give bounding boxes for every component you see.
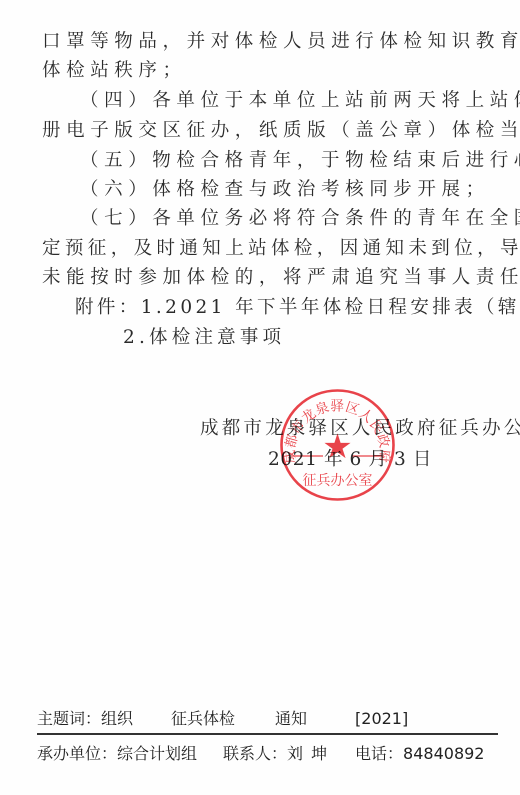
subject-term-4: [2021] (355, 709, 408, 729)
subject-term-1: 组织 (101, 709, 171, 729)
stamp-star-icon: ★ (322, 427, 352, 467)
body-line-1: 口罩等物品，并对体检人员进行体检知识教育，自觉维护好 (42, 30, 520, 54)
subject-term-3: 通知 (275, 709, 355, 729)
undertaker-value: 综合计划组 (117, 744, 223, 764)
body-item-5: （五）物检合格青年，于物检结束后进行心理检测； (80, 149, 520, 173)
attachments: 附件：1.2021 年下半年体检日程安排表（辖区高校） (75, 296, 520, 320)
attachment-item-1: 1.2021 年下半年体检日程安排表（辖区高校） (141, 297, 520, 318)
undertaker-label: 承办单位： (37, 744, 117, 764)
footer-subject-row: 主题词：组织征兵体检通知[2021] (37, 709, 408, 729)
document-page: 口罩等物品，并对体检人员进行体检知识教育，自觉维护好 体检站秩序； （四）各单位… (0, 0, 520, 795)
contact-value: 刘 坤 (287, 744, 355, 764)
phone-label: 电话： (355, 744, 403, 764)
body-line-4: 册电子版交区征办，纸质版（盖公章）体检当日上报； (42, 119, 520, 143)
attachment-item-2: 2.体检注意事项 (123, 326, 285, 350)
stamp-bottom-text: 征兵办公室 (303, 472, 373, 489)
official-seal-stamp: 成都市龙泉驿区人民政府 ★ 征兵办公室 (279, 388, 396, 502)
body-item-7: （七）各单位务必将符合条件的青年在全国征兵网上确 (80, 207, 520, 231)
body-item-6: （六）体格检查与政治考核同步开展； (80, 178, 490, 202)
contact-label: 联系人： (223, 744, 287, 764)
body-line-2: 体检站秩序； (42, 59, 187, 83)
body-line-9: 未能按时参加体检的，将严肃追究当事人责任。 (42, 266, 520, 290)
subject-label: 主题词： (37, 709, 101, 729)
attachments-label: 附件： (75, 297, 141, 318)
footer-contact-row: 承办单位：综合计划组联系人：刘 坤电话：84840892 (37, 744, 484, 764)
subject-term-2: 征兵体检 (171, 709, 275, 729)
phone-value: 84840892 (403, 744, 484, 764)
body-line-8: 定预征，及时通知上站体检，因通知未到位，导致报名人员 (42, 237, 520, 261)
footer-divider (37, 733, 498, 735)
body-item-4: （四）各单位于本单位上站前两天将上站体检人员花名 (80, 89, 520, 113)
